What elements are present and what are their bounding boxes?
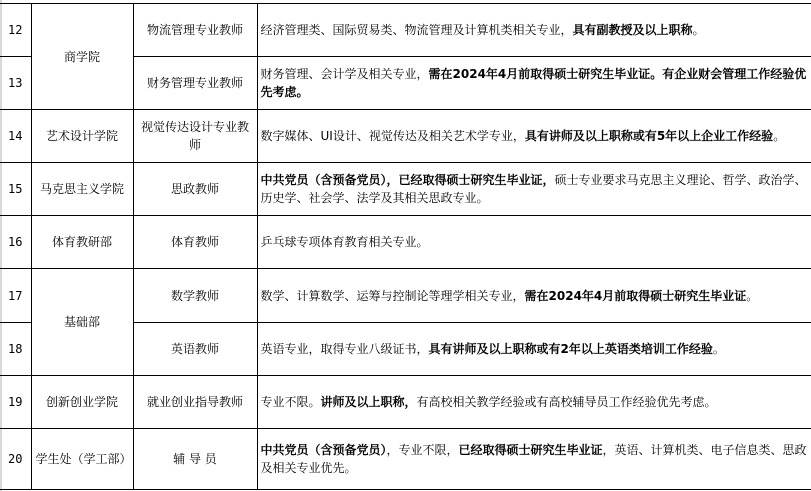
requirements-cell: 乒乓球专项体育教育相关专业。 [257,216,811,269]
department-cell: 马克思主义学院 [31,163,133,216]
requirement-text-bold: 具有副教授及以上职称 [573,23,693,37]
requirement-text: 有高校相关教学经验或有高校辅导员工作经验优先考虑。 [417,395,717,409]
position-cell: 财务管理专业教师 [133,57,257,110]
row-number: 16 [0,216,31,269]
table-row: 14 艺术设计学院 视觉传达设计专业教师 数字媒体、UI设计、视觉传达及相关艺术… [0,110,811,163]
position-cell: 数学教师 [133,269,257,323]
recruitment-table: 12 商学院 物流管理专业教师 经济管理类、国际贸易类、物流管理及计算机类相关专… [0,3,811,490]
requirement-text: 。 [713,342,725,356]
department-cell: 商学院 [31,4,133,110]
department-cell: 学生处（学工部） [31,429,133,490]
requirements-cell: 数学、计算数学、运筹与控制论等理学相关专业，需在2024年4月前取得硕士研究生毕… [257,269,811,323]
row-number: 12 [0,4,31,57]
requirement-text: 。 [693,23,705,37]
position-cell: 就业创业指导教师 [133,376,257,429]
row-number: 14 [0,110,31,163]
department-cell: 创新创业学院 [31,376,133,429]
table-row: 12 商学院 物流管理专业教师 经济管理类、国际贸易类、物流管理及计算机类相关专… [0,4,811,57]
requirement-text: 英语专业，取得专业八级证书， [261,342,429,356]
table-row: 17 基础部 数学教师 数学、计算数学、运筹与控制论等理学相关专业，需在2024… [0,269,811,323]
position-cell: 思政教师 [133,163,257,216]
requirements-cell: 数字媒体、UI设计、视觉传达及相关艺术学专业，具有讲师及以上职称或有5年以上企业… [257,110,811,163]
requirements-cell: 财务管理、会计学及相关专业，需在2024年4月前取得硕士研究生毕业证。有企业财会… [257,57,811,110]
requirements-cell: 英语专业，取得专业八级证书，具有讲师及以上职称或有2年以上英语类培训工作经验。 [257,323,811,376]
requirements-cell: 中共党员（含预备党员），专业不限，已经取得硕士研究生毕业证，英语、计算机类、电子… [257,429,811,490]
row-number: 17 [0,269,31,323]
requirements-cell: 经济管理类、国际贸易类、物流管理及计算机类相关专业，具有副教授及以上职称。 [257,4,811,57]
requirement-text-bold: 已经取得硕士研究生毕业证 [459,443,603,457]
requirement-text: ，专业不限， [387,443,459,457]
position-cell: 辅 导 员 [133,429,257,490]
department-cell: 基础部 [31,269,133,376]
row-number: 19 [0,376,31,429]
position-cell: 英语教师 [133,323,257,376]
table-row: 20 学生处（学工部） 辅 导 员 中共党员（含预备党员），专业不限，已经取得硕… [0,429,811,490]
requirement-text: 财务管理、会计学及相关专业， [261,67,429,81]
requirement-text: 。 [746,289,758,303]
table-row: 19 创新创业学院 就业创业指导教师 专业不限。讲师及以上职称，有高校相关教学经… [0,376,811,429]
position-cell: 体育教师 [133,216,257,269]
requirement-text: 乒乓球专项体育教育相关专业。 [261,235,429,249]
requirement-text-bold: 讲师及以上职称， [321,395,417,409]
requirement-text: 专业不限。 [261,395,321,409]
requirement-text-bold: 具有讲师及以上职称或有5年以上企业工作经验 [525,129,773,143]
requirements-cell: 专业不限。讲师及以上职称，有高校相关教学经验或有高校辅导员工作经验优先考虑。 [257,376,811,429]
requirement-text: 数字媒体、UI设计、视觉传达及相关艺术学专业， [261,129,525,143]
requirement-text: 。 [773,129,785,143]
row-number: 15 [0,163,31,216]
requirements-cell: 中共党员（含预备党员），已经取得硕士研究生毕业证，硕士专业要求马克思主义理论、哲… [257,163,811,216]
department-cell: 艺术设计学院 [31,110,133,163]
department-cell: 体育教研部 [31,216,133,269]
table-row: 15 马克思主义学院 思政教师 中共党员（含预备党员），已经取得硕士研究生毕业证… [0,163,811,216]
table-row: 16 体育教研部 体育教师 乒乓球专项体育教育相关专业。 [0,216,811,269]
row-number: 13 [0,57,31,110]
requirement-text-bold: 中共党员（含预备党员），已经取得硕士研究生毕业证， [261,173,555,187]
requirement-text: 经济管理类、国际贸易类、物流管理及计算机类相关专业， [261,23,573,37]
requirement-text-bold: 具有讲师及以上职称或有2年以上英语类培训工作经验 [429,342,713,356]
row-number: 20 [0,429,31,490]
requirement-text-bold: 需在2024年4月前取得硕士研究生毕业证 [525,289,747,303]
row-number: 18 [0,323,31,376]
requirement-text: 数学、计算数学、运筹与控制论等理学相关专业， [261,289,525,303]
position-cell: 视觉传达设计专业教师 [133,110,257,163]
position-cell: 物流管理专业教师 [133,4,257,57]
requirement-text-bold: 中共党员（含预备党员） [261,443,387,457]
